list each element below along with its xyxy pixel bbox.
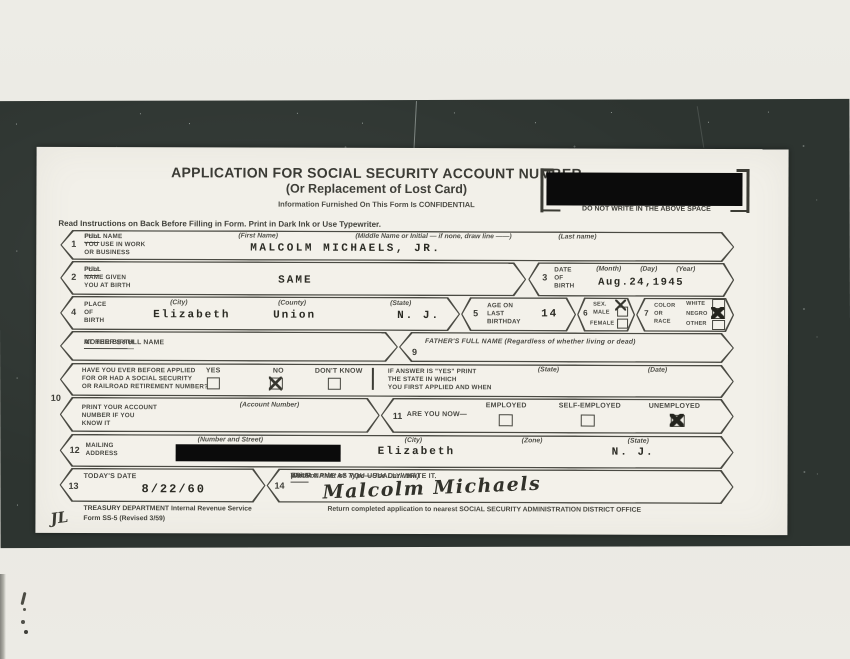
bracket-right-top [737,169,750,172]
field-4-place-of-birth: 4 PLACE OF BIRTH (City) (County) (State)… [60,296,460,331]
mailing-city-value: Elizabeth [378,446,455,458]
self-employed-label: SELF-EMPLOYED [559,402,621,410]
header-first-name: (First Name) [238,232,278,239]
employed-label: EMPLOYED [486,402,527,410]
field-number: 4 [71,307,76,317]
x-mark-male [615,300,626,311]
birth-state-value: N. J. [397,310,440,322]
bracket-left [540,168,543,212]
field-3-date-of-birth: 3 DATE OF BIRTH (Month) (Day) (Year) Aug… [528,262,734,297]
field-number: 7 [644,309,648,318]
field-8-mothers-name: MOTHER'S FULL NAME AT HER BIRTH [60,331,398,362]
full-name-value: MALCOLM MICHAELS, JR. [250,242,441,255]
dash-right [730,210,748,212]
footer-form-number: Form SS-5 (Revised 3/59) [83,515,165,522]
birth-county-value: Union [273,310,316,322]
date-of-birth-value: Aug.24,1945 [598,277,684,289]
header-last-name: (Last name) [558,233,596,240]
checkbox-other [712,320,725,330]
field-14-signature: 14 Write YOUR NAME AS YOU USUALLY WRITE … [266,469,733,504]
field-number: 5 [473,308,478,318]
ss5-application-form: APPLICATION FOR SOCIAL SECURITY ACCOUNT … [35,147,788,535]
unemployed-label: UNEMPLOYED [649,403,700,411]
do-not-write-label: DO NOT WRITE IN THE ABOVE SPACE [563,205,729,213]
field-number: 11 [393,411,403,421]
field-1-full-name: 1 Print FULL NAME YOU USE IN WORK OR BUS… [60,230,734,262]
field-number: 9 [412,347,417,357]
checkbox-yes [207,377,220,389]
other-label: OTHER [686,320,707,328]
checkbox-female [617,319,628,329]
footer-return-note: Return completed application to nearest … [327,506,641,514]
fill-instructions: Read Instructions on Back Before Filling… [58,219,381,229]
ink-speck [23,608,26,611]
dont-know-label: DON'T KNOW [315,368,363,376]
scanned-document-page: APPLICATION FOR SOCIAL SECURITY ACCOUNT … [0,0,850,659]
male-label: MALE [593,309,610,317]
yes-label: YES [206,367,221,375]
header-middle-name: (Middle Name or Initial — if none, draw … [355,233,511,240]
field-13-todays-date: 13 TODAY'S DATE 8/22/60 [59,468,265,503]
x-mark-no [269,377,282,391]
ink-speck [20,592,26,605]
white-label: WHITE [686,300,705,308]
field-12-mailing-address: 12 MAILING ADDRESS (Number and Street) (… [60,434,734,469]
checkbox-employed [499,414,513,426]
birth-city-value: Elizabeth [153,309,230,321]
redaction-box-top [546,172,742,206]
field-9-fathers-name: 9 FATHER'S FULL NAME (Regardless of whet… [399,332,734,363]
x-mark-unemployed [670,414,684,427]
field-10-account-number: PRINT YOUR ACCOUNT NUMBER IF YOU KNOW IT… [60,397,380,433]
field-number: 13 [69,481,79,491]
bracket-right [746,169,749,213]
x-mark-negro [711,307,724,319]
age-value: 14 [541,308,558,320]
handwritten-scribble: JL [49,508,69,528]
checkbox-self-employed [581,415,595,427]
female-label: FEMALE [590,320,614,328]
field-number: 3 [542,272,547,282]
field-11-employment: 11 ARE YOU NOW— EMPLOYED SELF-EMPLOYED U… [381,398,734,434]
cell-divider [372,368,374,390]
field-number: 14 [275,481,285,491]
field-number: 12 [70,445,80,455]
negro-label: NEGRO [686,310,708,318]
redaction-box-street [176,444,341,462]
field-2-name-at-birth: 2 Print FULL NAME GIVEN YOU AT BIRTH SAM… [60,261,526,296]
bracket-left-top [541,168,554,171]
footer-department: TREASURY DEPARTMENT Internal Revenue Ser… [83,505,251,513]
todays-date-value: 8/22/60 [142,482,206,496]
field-5-age: 5 AGE ON LAST BIRTHDAY 14 [461,297,576,331]
name-at-birth-value: SAME [278,275,312,287]
field-number: 1 [71,239,76,249]
field-7-color-race: 7 COLOR OR RACE WHITE NEGRO OTHER [636,298,734,332]
field-number: 6 [583,309,587,318]
ink-speck [21,620,25,624]
dash-left [542,209,560,211]
mailing-state-value: N. J. [612,447,655,459]
field-number: 2 [71,272,76,282]
page-edge-streak [0,574,6,659]
field-6-sex: 6 SEX. MALE FEMALE [577,298,635,332]
checkbox-dont-know [328,378,341,390]
field-10-applied-before: HAVE YOU EVER BEFORE APPLIED FOR OR HAD … [60,363,734,398]
no-label: NO [273,368,284,376]
ink-speck [24,630,28,634]
